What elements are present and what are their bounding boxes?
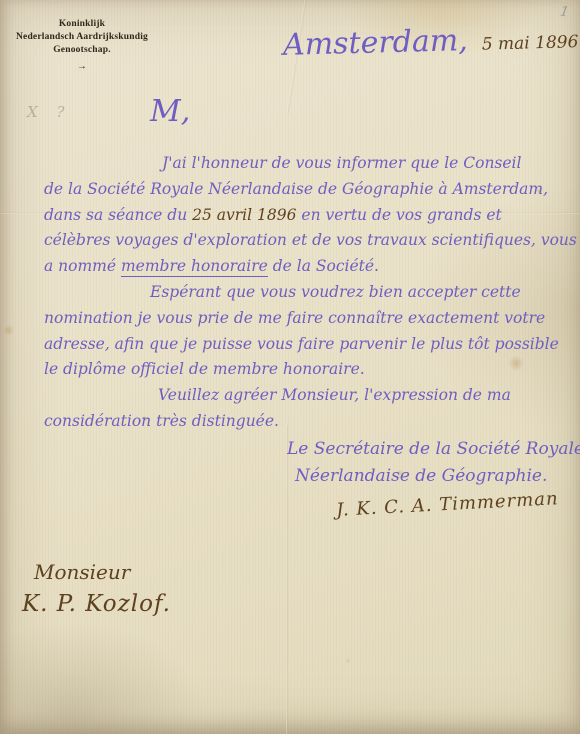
addressee: Monsieur K. P. Kozlof. — [22, 560, 171, 617]
body-line-2: de la Société Royale Néerlandaise de Géo… — [44, 177, 566, 203]
body-line-5-pre: a nommé — [44, 257, 121, 275]
body-line-1: J'ai l'honneur de vous informer que le C… — [44, 151, 566, 177]
arrow-ornament-icon: → — [6, 60, 158, 73]
letterhead-line-3: Genootschap. — [6, 44, 158, 57]
closing-line-1: Le Secrétaire de la Société Royale — [287, 436, 580, 463]
addressee-line-1: Monsieur — [22, 560, 171, 584]
page-number-pencil: 1 — [559, 3, 570, 20]
letter-body: J'ai l'honneur de vous informer que le C… — [44, 151, 566, 435]
body-line-10: Veuillez agréer Monsieur, l'expression d… — [44, 383, 566, 409]
closing: Le Secrétaire de la Société Royale Néerl… — [287, 436, 580, 490]
dateline: Amsterdam,5 mai 1896 — [283, 20, 579, 63]
body-line-9: le diplôme officiel de membre honoraire. — [44, 357, 566, 383]
addressee-line-2: K. P. Kozlof. — [22, 591, 171, 617]
signature: J. K. C. A. Timmerman — [336, 488, 560, 521]
closing-line-2: Néerlandaise de Géographie. — [287, 463, 580, 490]
dateline-place: Amsterdam, — [283, 23, 469, 63]
margin-pencil-mark: X ? — [27, 103, 72, 121]
letterhead-line-2: Nederlandsch Aardrijkskundig — [6, 31, 158, 44]
dateline-date: 5 mai 1896 — [482, 32, 579, 55]
body-line-3: dans sa séance du 25 avril 1896 en vertu… — [44, 203, 566, 229]
membre-honoraire-underlined: membre honoraire — [121, 257, 268, 277]
body-line-3-date: 25 avril 1896 — [192, 206, 296, 224]
letter-page: Koninklijk Nederlandsch Aardrijkskundig … — [0, 0, 580, 734]
body-line-4: célèbres voyages d'exploration et de vos… — [44, 228, 566, 254]
salutation: M, — [150, 94, 190, 129]
body-line-5-post: de la Société. — [268, 257, 379, 275]
body-line-6: Espérant que vous voudrez bien accepter … — [44, 280, 566, 306]
body-line-7: nomination je vous prie de me faire conn… — [44, 306, 566, 332]
letterhead: Koninklijk Nederlandsch Aardrijkskundig … — [6, 18, 158, 73]
letterhead-line-1: Koninklijk — [6, 18, 158, 31]
body-line-5: a nommé membre honoraire de la Société. — [44, 254, 566, 280]
body-line-8: adresse, afin que je puisse vous faire p… — [44, 332, 566, 358]
body-line-11: considération très distinguée. — [44, 409, 566, 435]
body-line-3-pre: dans sa séance du — [44, 206, 192, 224]
body-line-3-post: en vertu de vos grands et — [296, 206, 501, 224]
